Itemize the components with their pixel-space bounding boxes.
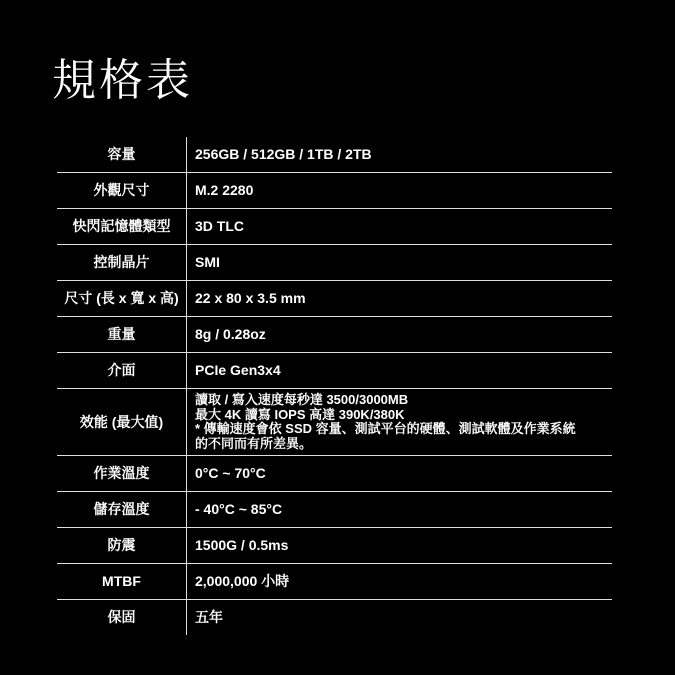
spec-value: SMI — [187, 245, 612, 280]
spec-value-line: 最大 4K 讀寫 IOPS 高達 390K/380K — [195, 408, 606, 423]
page-title: 規格表 — [52, 44, 193, 108]
spec-value-line: * 傳輸速度會依 SSD 容量、測試平台的硬體、測試軟體及作業系統 — [195, 422, 606, 437]
spec-value-line: 讀取 / 寫入速度每秒達 3500/3000MB — [195, 393, 606, 408]
spec-row: 控制晶片 SMI — [57, 245, 612, 281]
spec-value: 8g / 0.28oz — [187, 317, 612, 352]
spec-row: 作業溫度 0°C ~ 70°C — [57, 456, 612, 492]
spec-label: 控制晶片 — [57, 245, 187, 280]
spec-label: 保固 — [57, 600, 187, 635]
spec-sheet-page: 規格表 容量 256GB / 512GB / 1TB / 2TB 外觀尺寸 M.… — [0, 0, 675, 675]
spec-value: 0°C ~ 70°C — [187, 456, 612, 491]
spec-value: 22 x 80 x 3.5 mm — [187, 281, 612, 316]
spec-row: 效能 (最大值) 讀取 / 寫入速度每秒達 3500/3000MB最大 4K 讀… — [57, 389, 612, 456]
spec-row: 快閃記憶體類型 3D TLC — [57, 209, 612, 245]
spec-value: 256GB / 512GB / 1TB / 2TB — [187, 137, 612, 172]
spec-label: 容量 — [57, 137, 187, 172]
spec-row: 儲存溫度 - 40°C ~ 85°C — [57, 492, 612, 528]
spec-value: PCIe Gen3x4 — [187, 353, 612, 388]
spec-row: 重量 8g / 0.28oz — [57, 317, 612, 353]
spec-label: 重量 — [57, 317, 187, 352]
spec-value-line: 的不同而有所差異。 — [195, 437, 606, 452]
spec-label: 外觀尺寸 — [57, 173, 187, 208]
spec-label: 作業溫度 — [57, 456, 187, 491]
spec-value: M.2 2280 — [187, 173, 612, 208]
spec-row: 容量 256GB / 512GB / 1TB / 2TB — [57, 137, 612, 173]
spec-value: - 40°C ~ 85°C — [187, 492, 612, 527]
spec-value: 讀取 / 寫入速度每秒達 3500/3000MB最大 4K 讀寫 IOPS 高達… — [187, 389, 612, 455]
spec-row: MTBF 2,000,000 小時 — [57, 564, 612, 600]
spec-label: 儲存溫度 — [57, 492, 187, 527]
spec-table: 容量 256GB / 512GB / 1TB / 2TB 外觀尺寸 M.2 22… — [57, 137, 612, 635]
spec-label: 快閃記憶體類型 — [57, 209, 187, 244]
spec-value: 3D TLC — [187, 209, 612, 244]
spec-value: 2,000,000 小時 — [187, 564, 612, 599]
spec-row: 保固 五年 — [57, 600, 612, 635]
spec-row: 外觀尺寸 M.2 2280 — [57, 173, 612, 209]
spec-row: 介面 PCIe Gen3x4 — [57, 353, 612, 389]
spec-label: 介面 — [57, 353, 187, 388]
spec-label: 防震 — [57, 528, 187, 563]
spec-value: 五年 — [187, 600, 612, 635]
spec-label: 尺寸 (長 x 寬 x 高) — [57, 281, 187, 316]
spec-label: 效能 (最大值) — [57, 389, 187, 455]
spec-value: 1500G / 0.5ms — [187, 528, 612, 563]
spec-row: 尺寸 (長 x 寬 x 高) 22 x 80 x 3.5 mm — [57, 281, 612, 317]
spec-label: MTBF — [57, 564, 187, 599]
spec-row: 防震 1500G / 0.5ms — [57, 528, 612, 564]
